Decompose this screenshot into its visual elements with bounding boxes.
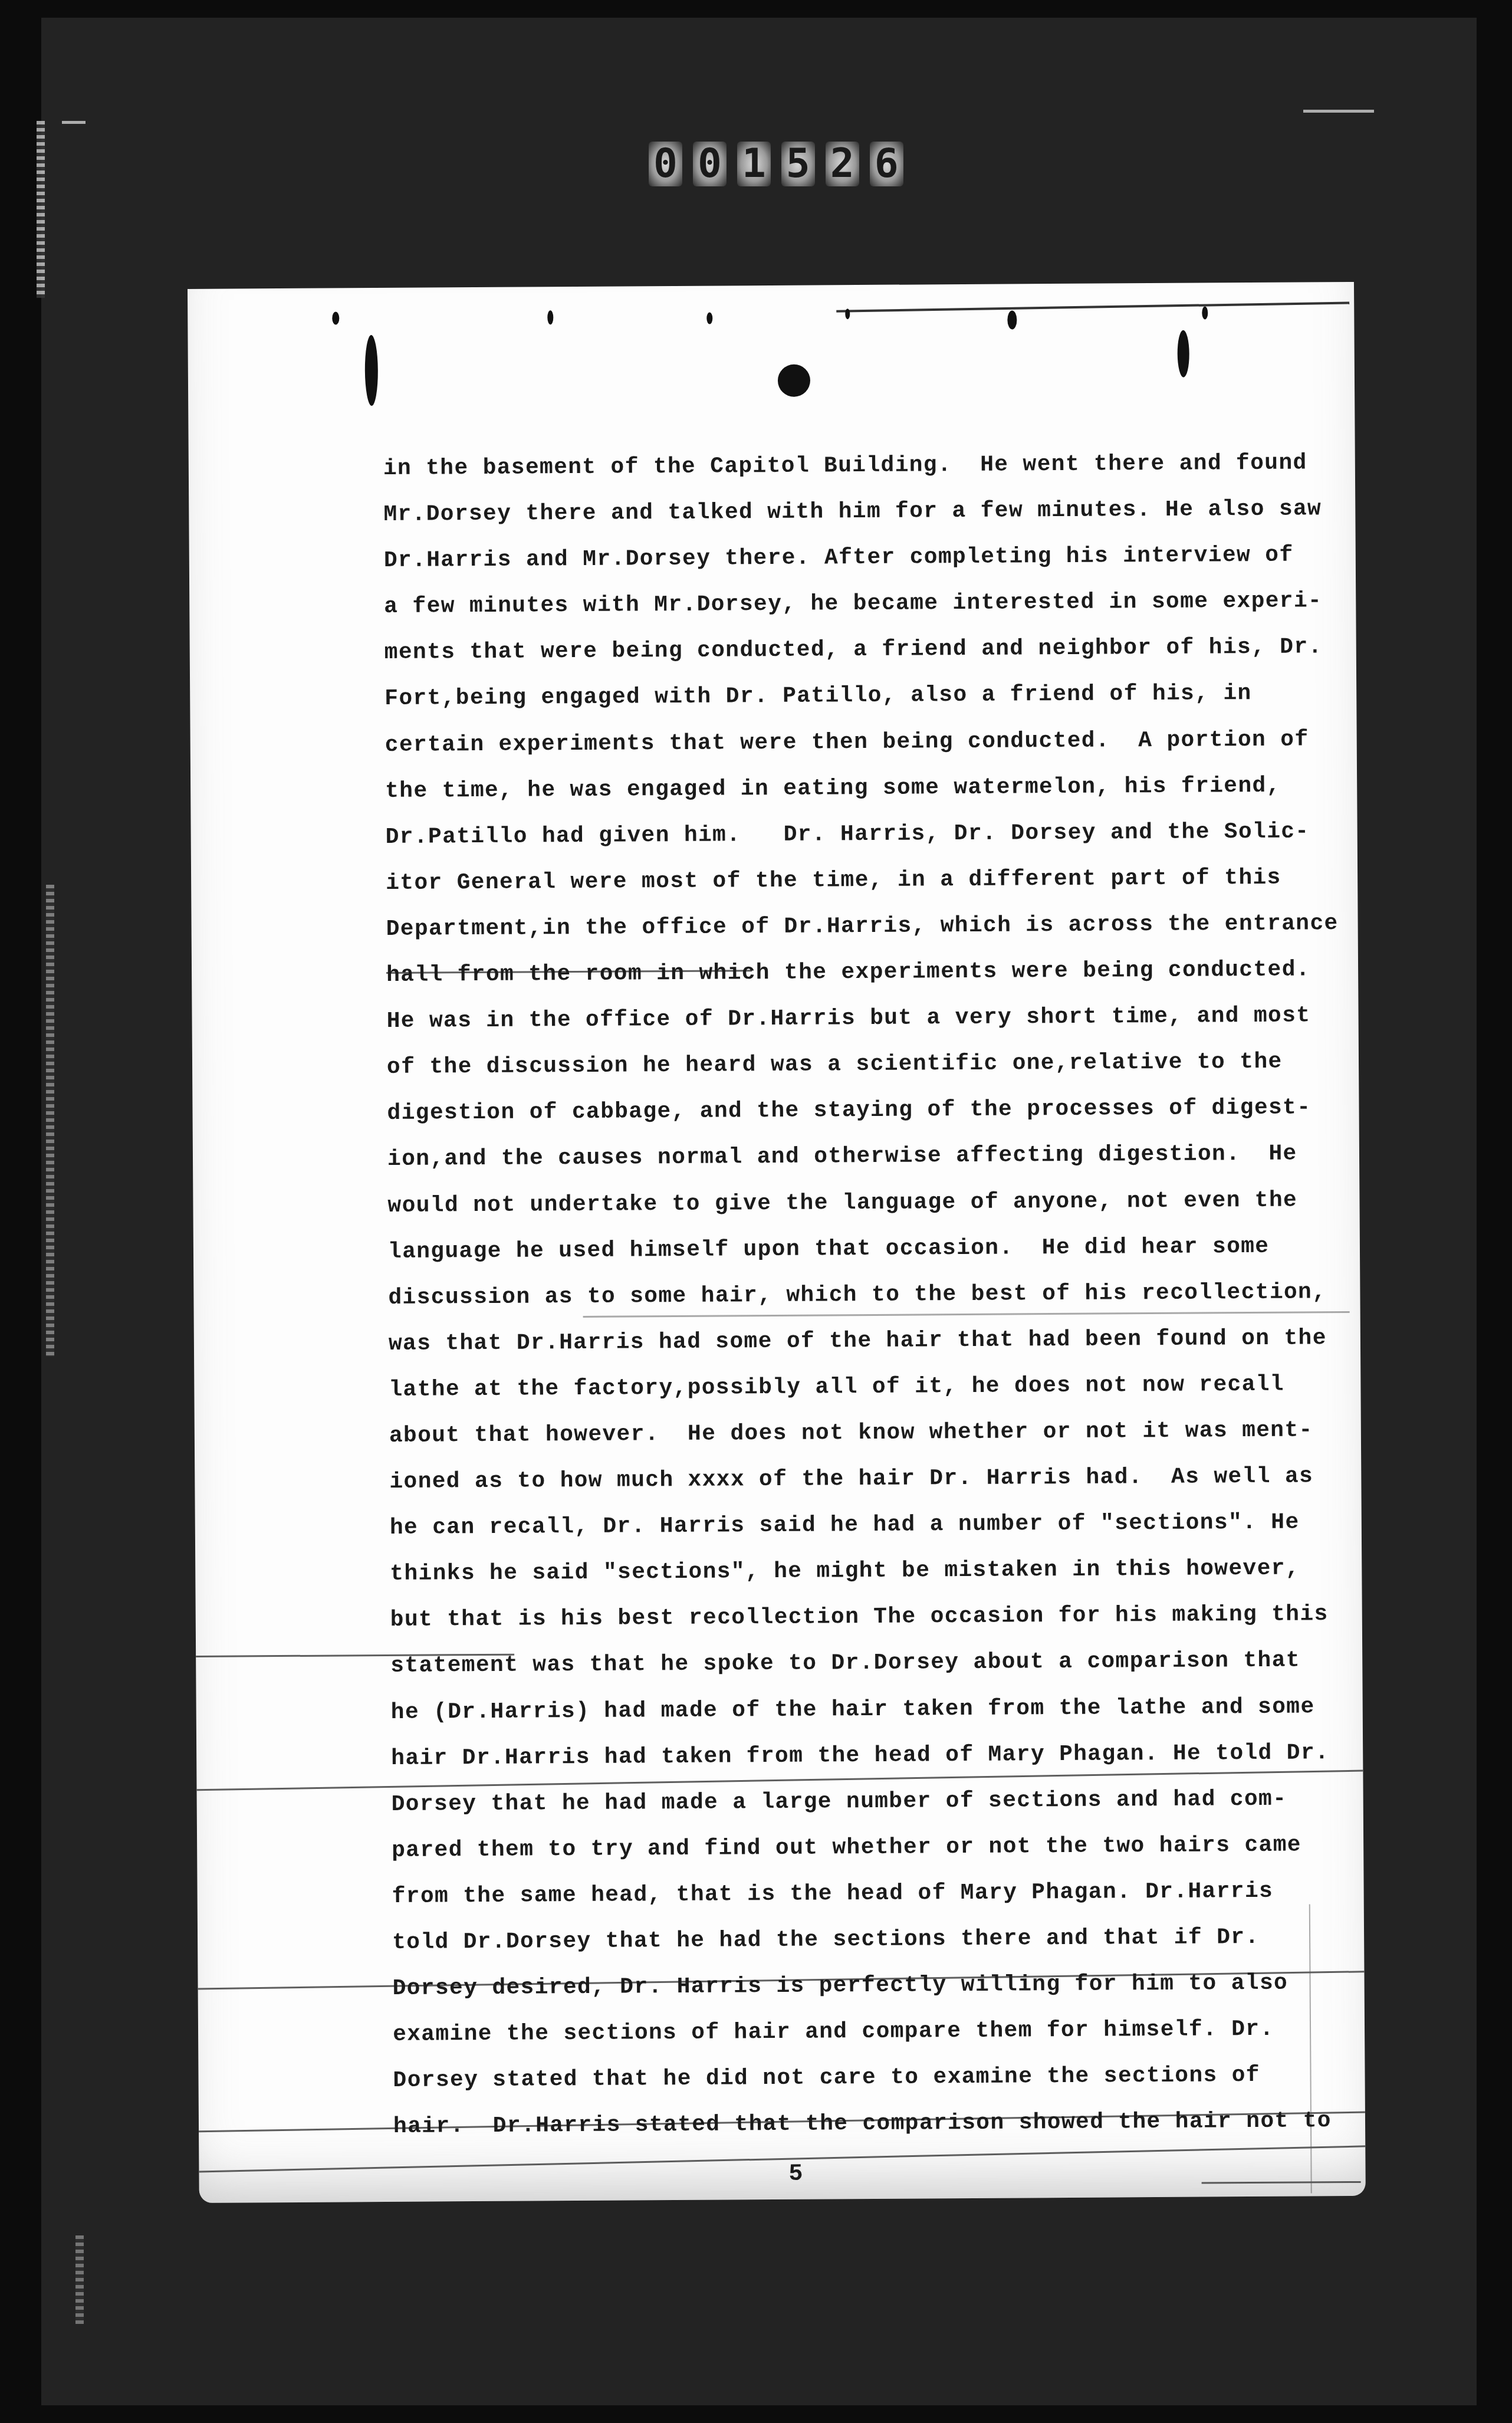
text-line: Fort,being engaged with Dr. Patillo, als…	[384, 671, 1316, 723]
film-edge-marking	[46, 885, 54, 1357]
text-line: hair Dr.Harris had taken from the head o…	[391, 1730, 1323, 1782]
text-line: Dr.Harris and Mr.Dorsey there. After com…	[384, 533, 1316, 585]
ink-blot	[1177, 330, 1189, 377]
text-line: Dorsey that he had made a large number o…	[391, 1776, 1323, 1828]
text-line: digestion of cabbage, and the staying of…	[387, 1085, 1319, 1137]
text-line: was that Dr.Harris had some of the hair …	[389, 1315, 1320, 1367]
text-line: statement was that he spoke to Dr.Dorsey…	[390, 1638, 1322, 1690]
text-line: ments that were being conducted, a frien…	[384, 625, 1316, 677]
film-edge-tick	[62, 121, 86, 124]
text-line: Dr.Patillo had given him. Dr. Harris, Dr…	[385, 809, 1317, 861]
frame-digit: 0	[693, 142, 727, 186]
document-body: in the basement of the Capitol Building.…	[383, 440, 1326, 2150]
ink-speck	[332, 311, 339, 324]
text-line: examine the sections of hair and compare…	[393, 2006, 1324, 2058]
text-line: discussion as to some hair, which to the…	[388, 1269, 1320, 1321]
ink-speck	[1202, 306, 1208, 319]
text-line: Mr.Dorsey there and talked with him for …	[383, 486, 1315, 538]
microfilm-frame-number: 0 0 1 5 2 6	[649, 142, 903, 186]
ink-blot	[364, 335, 378, 406]
text-line: the time, he was engaged in eating some …	[385, 763, 1317, 815]
text-line: itor General were most of the time, in a…	[386, 855, 1317, 907]
ruled-line	[1202, 2181, 1361, 2184]
frame-digit: 6	[870, 142, 903, 186]
film-left-edge	[0, 0, 41, 2423]
ink-speck	[706, 313, 712, 324]
text-line: but that is his best recollection The oc…	[390, 1592, 1322, 1644]
page-number: 5	[788, 2161, 803, 2188]
text-line: thinks he said "sections", he might be m…	[390, 1546, 1322, 1598]
ruled-line	[199, 2145, 1366, 2172]
text-line: Dorsey desired, Dr. Harris is perfectly …	[392, 1960, 1324, 2012]
ruled-line	[836, 301, 1349, 312]
text-line: hair. Dr.Harris stated that the comparis…	[393, 2099, 1325, 2151]
text-line: lathe at the factory,possibly all of it,…	[389, 1361, 1320, 1413]
typewritten-page: in the basement of the Capitol Building.…	[188, 282, 1366, 2203]
frame-digit: 2	[826, 142, 859, 186]
ink-speck	[845, 308, 850, 319]
text-line: he can recall, Dr. Harris said he had a …	[390, 1499, 1322, 1551]
text-line: He was in the office of Dr.Harris but a …	[386, 993, 1318, 1045]
text-line: would not undertake to give the language…	[387, 1177, 1319, 1229]
text-line: a few minutes with Mr.Dorsey, he became …	[384, 579, 1316, 631]
text-line: told Dr.Dorsey that he had the sections …	[392, 1914, 1324, 1966]
text-line: ioned as to how much xxxx of the hair Dr…	[389, 1453, 1321, 1505]
frame-digit: 1	[737, 142, 771, 186]
text-line: language he used himself upon that occas…	[388, 1223, 1320, 1275]
text-line: certain experiments that were then being…	[384, 717, 1316, 769]
text-line: of the discussion he heard was a scienti…	[387, 1039, 1319, 1091]
text-line: pared them to try and find out whether o…	[392, 1822, 1323, 1874]
ink-speck	[1007, 310, 1017, 329]
frame-digit: 0	[649, 142, 682, 186]
film-top-edge	[0, 0, 1512, 18]
film-bottom-edge	[0, 2405, 1512, 2423]
frame-digit: 5	[781, 142, 815, 186]
text-line: Dorsey stated that he did not care to ex…	[393, 2053, 1324, 2104]
text-line: ion,and the causes normal and otherwise …	[387, 1131, 1319, 1183]
film-edge-tick	[1303, 110, 1374, 113]
text-line: Department,in the office of Dr.Harris, w…	[386, 901, 1317, 953]
ink-speck	[547, 310, 553, 324]
film-right-edge	[1477, 0, 1512, 2423]
film-edge-marking	[75, 2235, 84, 2324]
text-line: about that however. He does not know whe…	[389, 1407, 1321, 1459]
text-line: he (Dr.Harris) had made of the hair take…	[391, 1684, 1323, 1736]
text-line: hall from the room in which the experime…	[386, 947, 1318, 999]
text-line: in the basement of the Capitol Building.…	[383, 440, 1315, 492]
film-edge-marking	[37, 121, 45, 298]
text-line: from the same head, that is the head of …	[392, 1868, 1323, 1920]
punch-hole-mark	[778, 365, 810, 397]
